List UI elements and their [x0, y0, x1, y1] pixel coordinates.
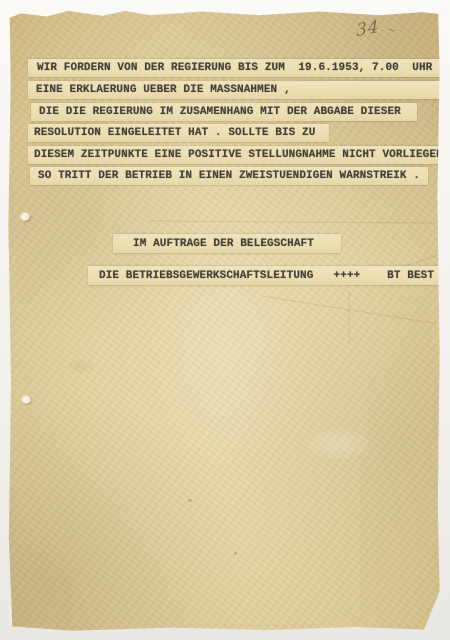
telegram-strip: IM AUFTRAGE DER BELEGSCHAFT	[113, 234, 341, 253]
punch-hole-upper	[20, 212, 30, 221]
body-line-5: DIESEM ZEITPUNKTE EINE POSITIVE STELLUNG…	[28, 149, 443, 161]
handwritten-pencil-tick: ~	[384, 22, 398, 39]
paper-speck	[188, 499, 192, 502]
vertical-crease	[348, 291, 350, 343]
telegram-strip: DIE BETRIEBSGEWERKSCHAFTSLEITUNG ++++ BT…	[88, 266, 440, 285]
scan-background: 34 ~ WIR FORDERN VON DER REGIERUNG BIS Z…	[0, 0, 450, 640]
telegram-strip: RESOLUTION EINGELEITET HAT . SOLLTE BIS …	[28, 124, 329, 142]
handwritten-pencil-note: 34	[356, 17, 380, 41]
telegram-strip: WIR FORDERN VON DER REGIERUNG BIS ZUM 19…	[28, 59, 440, 77]
horizontal-crease	[148, 220, 440, 224]
corner-crease	[404, 253, 443, 267]
telegram-paper: 34 ~ WIR FORDERN VON DER REGIERUNG BIS Z…	[8, 9, 440, 632]
telegram-strip: SO TRITT DER BETRIEB IN EINEN ZWEISTUEND…	[30, 167, 428, 185]
telegram-strip: DIE DIE REGIERUNG IM ZUSAMENHANG MIT DER…	[31, 103, 417, 121]
body-line-3: DIE DIE REGIERUNG IM ZUSAMENHANG MIT DER…	[31, 106, 401, 118]
signature-line-2: DIE BETRIEBSGEWERKSCHAFTSLEITUNG ++++ BT…	[88, 270, 434, 282]
signature-line-1: IM AUFTRAGE DER BELEGSCHAFT	[113, 238, 314, 250]
diagonal-crease	[264, 295, 437, 324]
body-line-1: WIR FORDERN VON DER REGIERUNG BIS ZUM 19…	[28, 62, 446, 74]
body-line-6: SO TRITT DER BETRIEB IN EINEN ZWEISTUEND…	[30, 170, 420, 182]
punch-hole-lower	[21, 395, 31, 404]
paper-light-patch	[308, 429, 368, 459]
body-line-2: EINE ERKLAERUNG UEBER DIE MASSNAHMEN ,	[28, 84, 291, 96]
body-line-4: RESOLUTION EINGELEITET HAT . SOLLTE BIS …	[28, 127, 315, 139]
telegram-strip: EINE ERKLAERUNG UEBER DIE MASSNAHMEN ,	[28, 81, 440, 99]
paper-stain	[68, 359, 94, 373]
telegram-strip: DIESEM ZEITPUNKTE EINE POSITIVE STELLUNG…	[28, 146, 440, 164]
paper-speck	[234, 552, 237, 555]
